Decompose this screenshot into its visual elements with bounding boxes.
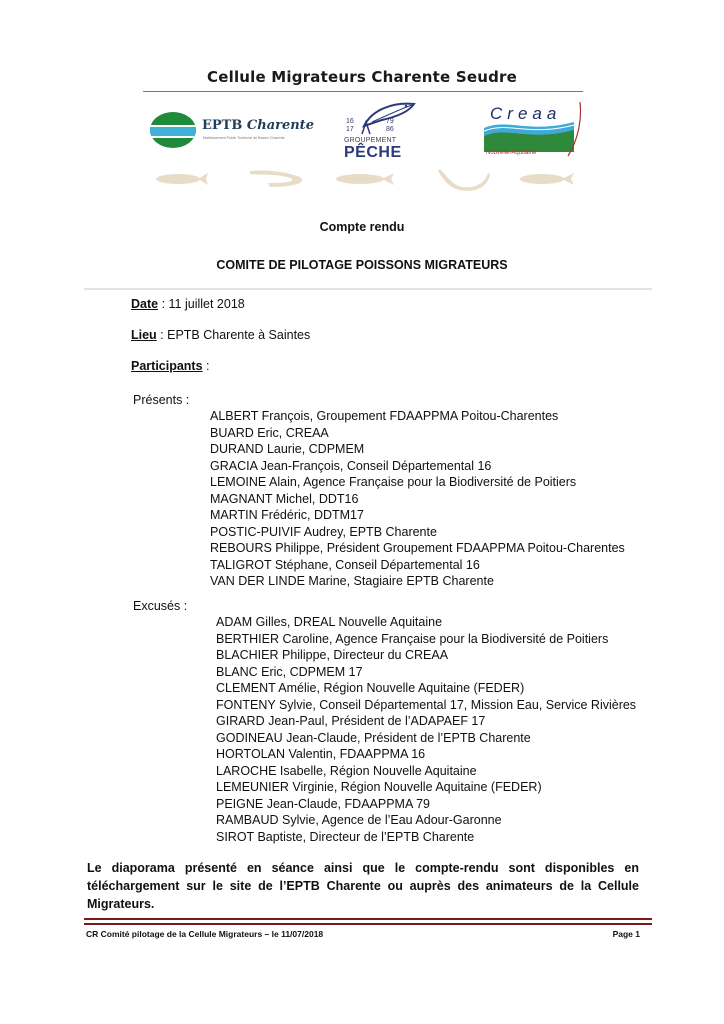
place-value: : EPTB Charente à Saintes bbox=[157, 328, 311, 342]
eel-icon bbox=[250, 170, 302, 187]
creaa-logo: Creaa Nouvelle-Aquitaine bbox=[478, 100, 588, 160]
decorative-fish-row bbox=[150, 165, 590, 193]
present-list: ALBERT François, Groupement FDAAPPMA Poi… bbox=[210, 408, 625, 590]
fish-icon bbox=[336, 173, 394, 185]
peche-logo-line2: PÊCHE bbox=[344, 144, 402, 162]
participant-entry: TALIGROT Stéphane, Conseil Départemental… bbox=[210, 557, 625, 574]
participant-entry: FONTENY Sylvie, Conseil Départemental 17… bbox=[216, 697, 636, 714]
place-label: Lieu bbox=[131, 328, 157, 342]
participant-entry: DURAND Laurie, CDPMEM bbox=[210, 441, 625, 458]
footer-rule bbox=[84, 918, 652, 920]
participant-entry: MAGNANT Michel, DDT16 bbox=[210, 491, 625, 508]
title-divider bbox=[84, 288, 652, 290]
participant-entry: CLEMENT Amélie, Région Nouvelle Aquitain… bbox=[216, 680, 636, 697]
eptb-charente-logo: EPTB Charente Etablissement Public Terri… bbox=[150, 112, 295, 148]
availability-note: Le diaporama présenté en séance ainsi qu… bbox=[87, 859, 639, 913]
footer-rule bbox=[84, 923, 652, 925]
creaa-logo-text: Creaa bbox=[490, 104, 561, 124]
participant-entry: LAROCHE Isabelle, Région Nouvelle Aquita… bbox=[216, 763, 636, 780]
creaa-logo-subtitle: Nouvelle-Aquitaine bbox=[486, 150, 536, 156]
peche-logo-line1: GROUPEMENT bbox=[344, 137, 396, 144]
participant-entry: POSTIC-PUIVIF Audrey, EPTB Charente bbox=[210, 524, 625, 541]
excused-list: ADAM Gilles, DREAL Nouvelle AquitaineBER… bbox=[216, 614, 636, 845]
place-field: Lieu : EPTB Charente à Saintes bbox=[131, 328, 310, 342]
peche-numbers-right: 79 86 bbox=[386, 118, 394, 134]
fish-icon bbox=[520, 173, 574, 185]
participant-entry: BUARD Eric, CREAA bbox=[210, 425, 625, 442]
participant-entry: ADAM Gilles, DREAL Nouvelle Aquitaine bbox=[216, 614, 636, 631]
banner-divider bbox=[143, 91, 583, 92]
excused-label: Excusés : bbox=[133, 599, 187, 613]
participants-label: Participants bbox=[131, 359, 203, 373]
participant-entry: PEIGNE Jean-Claude, FDAAPPMA 79 bbox=[216, 796, 636, 813]
participant-entry: GODINEAU Jean-Claude, Président de l’EPT… bbox=[216, 730, 636, 747]
participant-entry: BLACHIER Philippe, Directeur du CREAA bbox=[216, 647, 636, 664]
participant-entry: LEMEUNIER Virginie, Région Nouvelle Aqui… bbox=[216, 779, 636, 796]
participant-entry: GRACIA Jean-François, Conseil Départemen… bbox=[210, 458, 625, 475]
fish-logo-icon bbox=[342, 96, 422, 136]
eptb-logo-text: EPTB Charente bbox=[202, 118, 314, 133]
groupement-peche-logo: 16 17 79 86 GROUPEMENT PÊCHE bbox=[342, 96, 422, 160]
banner-title: Cellule Migrateurs Charente Seudre bbox=[0, 68, 724, 86]
date-value: : 11 juillet 2018 bbox=[158, 297, 245, 311]
date-field: Date : 11 juillet 2018 bbox=[131, 297, 245, 311]
participant-entry: MARTIN Frédéric, DDTM17 bbox=[210, 507, 625, 524]
participant-entry: BLANC Eric, CDPMEM 17 bbox=[216, 664, 636, 681]
participant-entry: ALBERT François, Groupement FDAAPPMA Poi… bbox=[210, 408, 625, 425]
eptb-globe-icon bbox=[150, 112, 196, 148]
document-kind: Compte rendu bbox=[0, 220, 724, 234]
fish-icon bbox=[156, 173, 208, 185]
page-number: Page 1 bbox=[600, 929, 640, 939]
participant-entry: VAN DER LINDE Marine, Stagiaire EPTB Cha… bbox=[210, 573, 625, 590]
footer-text: CR Comité pilotage de la Cellule Migrate… bbox=[86, 929, 323, 939]
participant-entry: SIROT Baptiste, Directeur de l’EPTB Char… bbox=[216, 829, 636, 846]
participants-field: Participants : bbox=[131, 359, 210, 373]
participant-entry: REBOURS Philippe, Président Groupement F… bbox=[210, 540, 625, 557]
participant-entry: BERTHIER Caroline, Agence Française pour… bbox=[216, 631, 636, 648]
peche-numbers-left: 16 17 bbox=[346, 118, 354, 134]
participant-entry: GIRARD Jean-Paul, Président de l’ADAPAEF… bbox=[216, 713, 636, 730]
date-label: Date bbox=[131, 297, 158, 311]
present-label: Présents : bbox=[133, 393, 189, 407]
eptb-logo-subtitle: Etablissement Public Territorial de Bass… bbox=[203, 136, 285, 140]
participant-entry: LEMOINE Alain, Agence Française pour la … bbox=[210, 474, 625, 491]
participant-entry: HORTOLAN Valentin, FDAAPPMA 16 bbox=[216, 746, 636, 763]
eel-icon bbox=[438, 169, 490, 191]
document-title: COMITE DE PILOTAGE POISSONS MIGRATEURS bbox=[0, 258, 724, 272]
participant-entry: RAMBAUD Sylvie, Agence de l’Eau Adour-Ga… bbox=[216, 812, 636, 829]
